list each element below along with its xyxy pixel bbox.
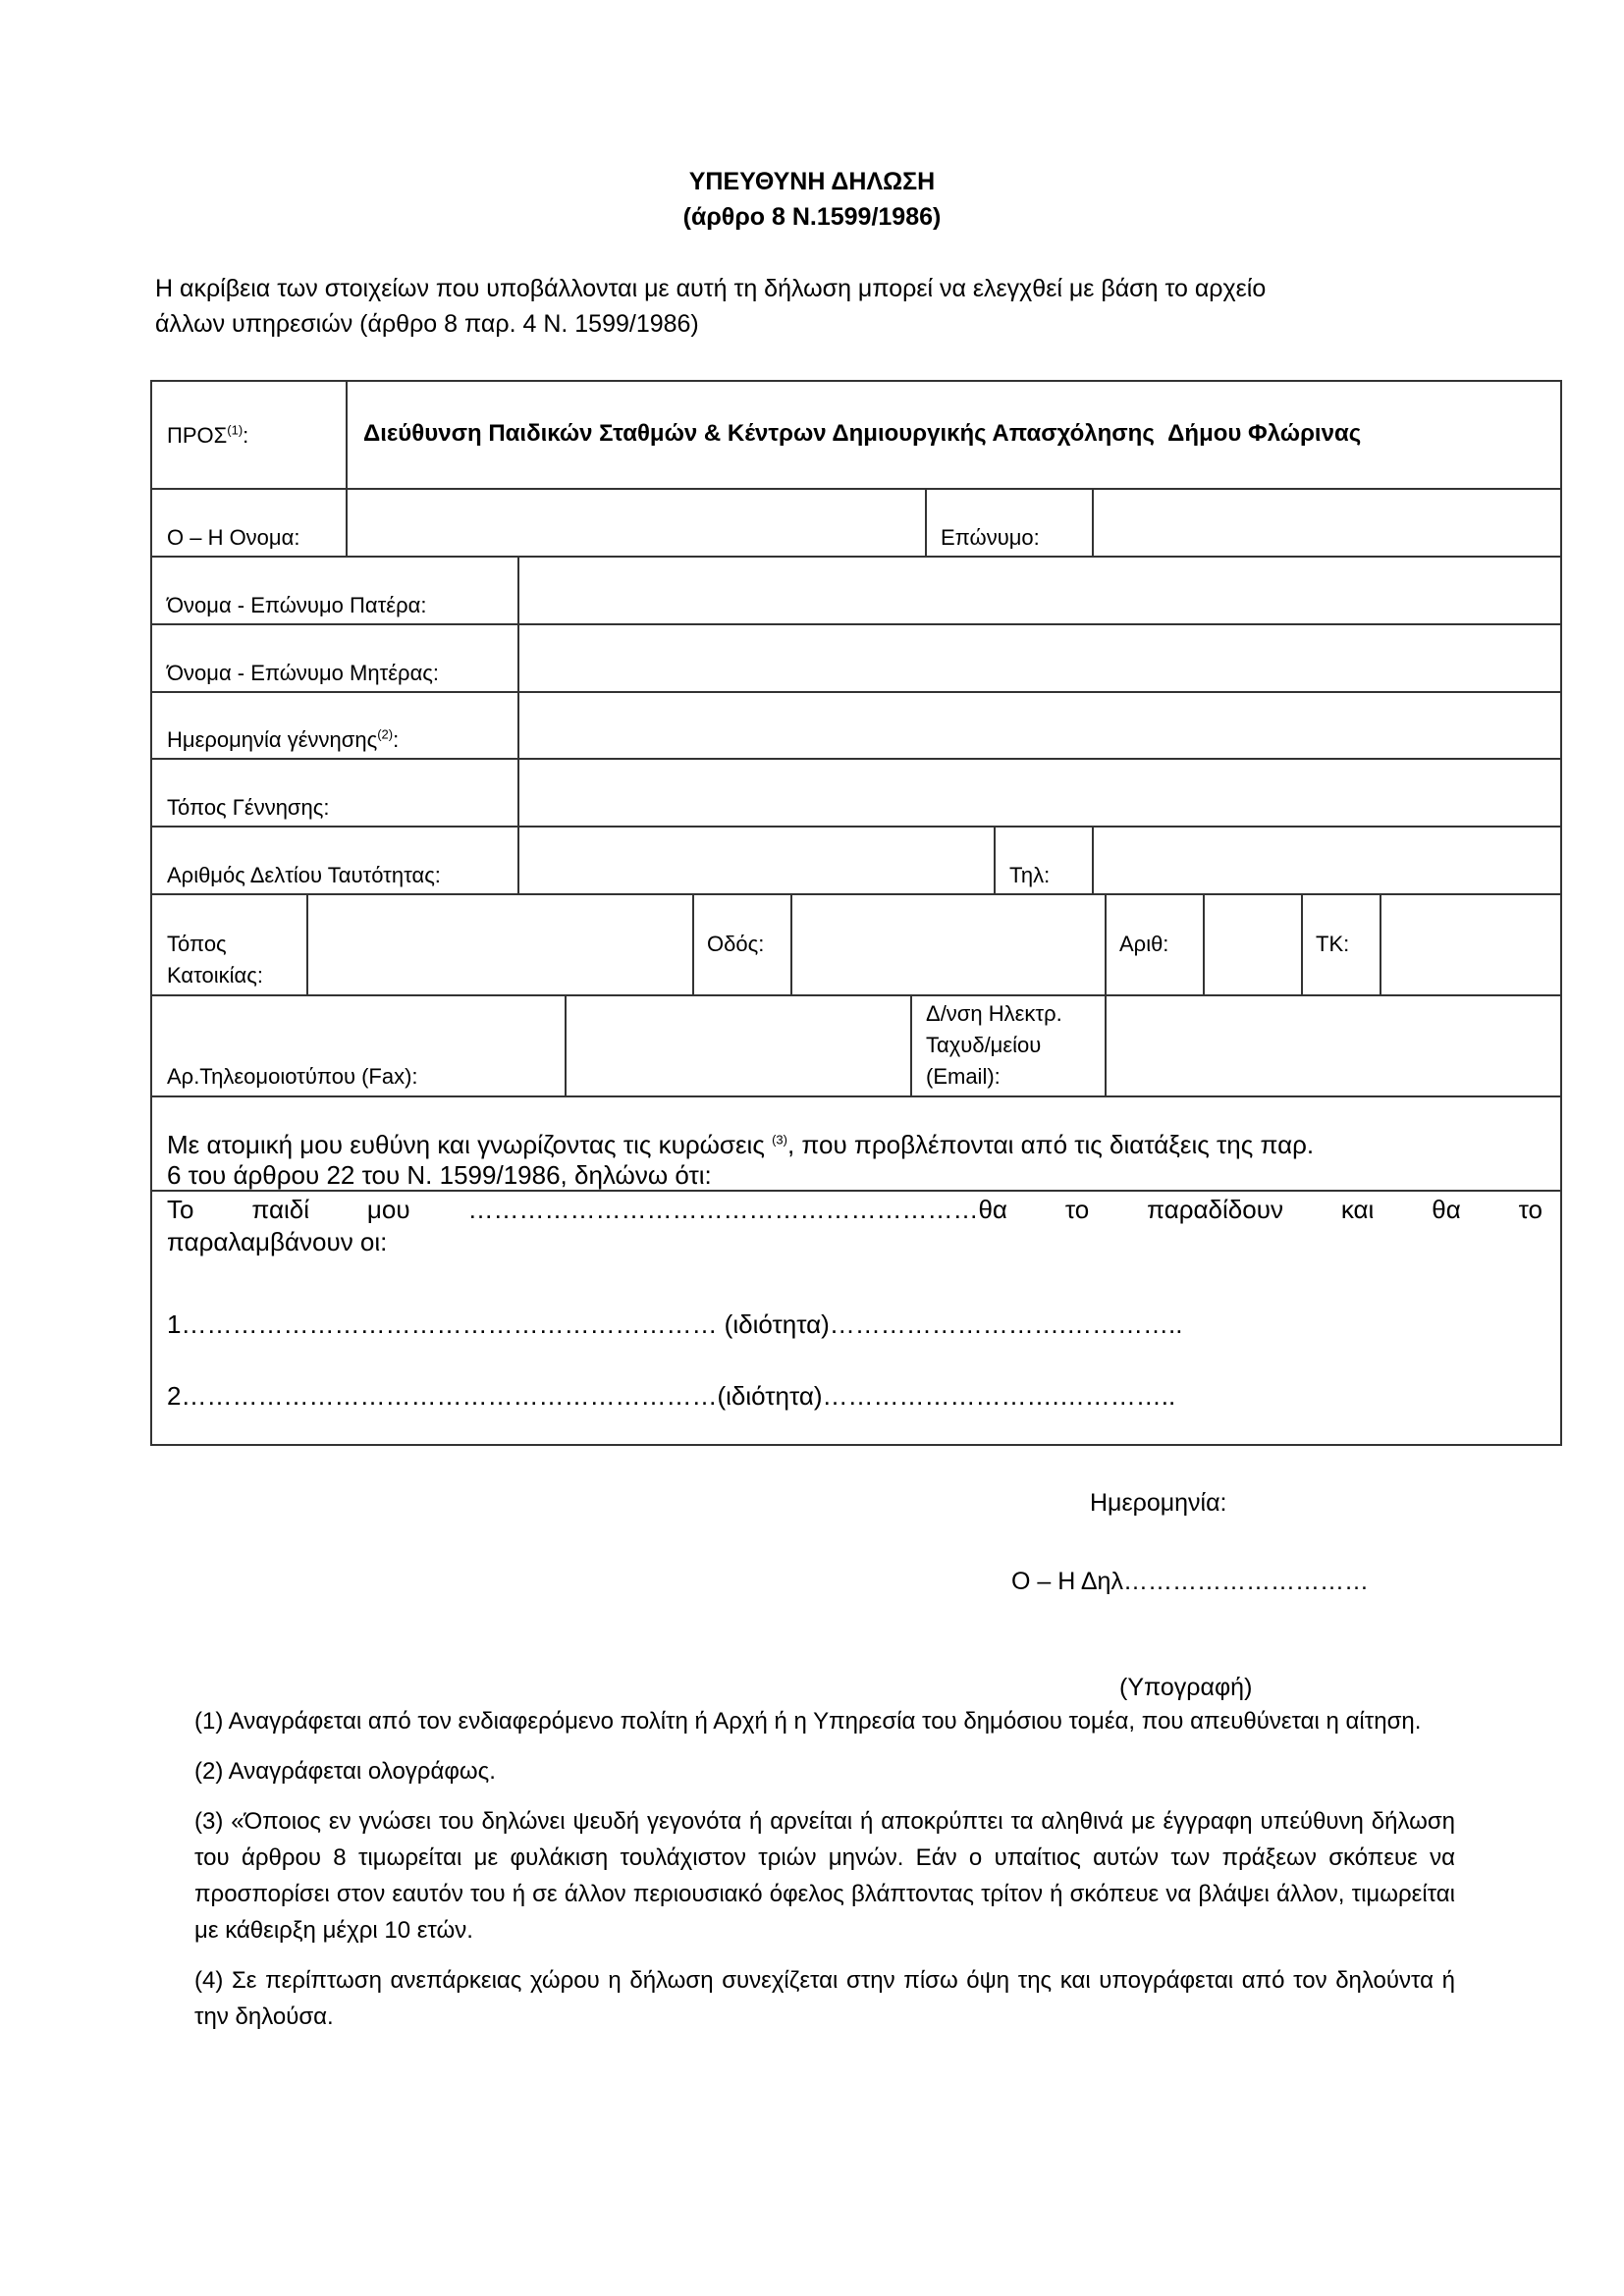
row-divider [152,691,1560,693]
first-name-field[interactable] [350,492,925,555]
row-divider [152,994,1560,996]
email-label-line-3: (Email): [926,1062,1001,1092]
first-name-label: Ο – Η Ονομα: [167,523,299,553]
email-label-line-2: Ταχυδ/μείου [926,1031,1041,1060]
date-label: Ημερομηνία: [1090,1487,1227,1519]
declarant-line[interactable]: Ο – Η Δηλ………………………… [1011,1566,1369,1597]
street-number-label: Αριθ: [1119,930,1168,959]
phone-field[interactable] [1096,829,1561,892]
row-divider [152,488,1560,490]
col-divider [1203,893,1205,995]
residence-label-line-2: Κατοικίας: [167,961,263,990]
residence-label-line-1: Τόπος [167,930,227,959]
id-number-field[interactable] [521,829,994,892]
surname-label: Επώνυμο: [941,523,1040,553]
id-number-label: Αριθμός Δελτίου Ταυτότητας: [167,861,441,890]
row-divider [152,556,1560,558]
row-divider [152,893,1560,895]
phone-label: Τηλ: [1009,861,1050,890]
row-divider [152,758,1560,760]
col-divider [1301,893,1303,995]
col-divider [1380,893,1381,995]
birthplace-label: Τόπος Γέννησης: [167,793,329,823]
col-divider [346,488,348,557]
postcode-label: ΤΚ: [1316,930,1349,959]
birthplace-field[interactable] [521,762,1561,825]
mother-name-field[interactable] [521,627,1561,690]
email-label-line-1: Δ/νση Ηλεκτρ. [926,999,1062,1029]
child-statement-line-2: παραλαμβάνουν οι: [167,1225,1543,1258]
declaration-statement-line-2: 6 του άρθρου 22 του Ν. 1599/1986, δηλώνω… [167,1158,1543,1192]
col-divider [994,826,996,894]
document-subtitle: (άρθρο 8 Ν.1599/1986) [0,200,1624,234]
col-divider [910,994,912,1096]
col-divider [1105,994,1107,1096]
street-label: Οδός: [707,930,764,959]
to-recipient-main: Διεύθυνση Παιδικών Σταθμών & Κέντρων Δημ… [363,420,1155,447]
fax-label: Αρ.Τηλεομοιοτύπου (Fax): [167,1062,418,1092]
birthdate-field[interactable] [521,695,1561,758]
to-recipient: Διεύθυνση Παιδικών Σταθμών & Κέντρων Δημ… [363,419,1361,449]
footnotes: (1) Αναγράφεται από τον ενδιαφερόμενο πο… [194,1703,1455,2049]
col-divider [306,893,308,995]
child-statement-line-1[interactable]: Το παιδί μου ……………………………………………………θα το π… [167,1193,1543,1226]
row-divider [152,623,1560,625]
footnote-3: (3) «Όποιος εν γνώσει του δηλώνει ψευδή … [194,1803,1455,1949]
authorized-person-1[interactable]: 1……………………………………………………… (ιδιότητα)…………………… [167,1308,1543,1341]
col-divider [1092,826,1094,894]
authorized-person-2[interactable]: 2………………………………………………………(ιδιότητα)……………………… [167,1379,1543,1413]
birthdate-label: Ημερομηνία γέννησης(2): [167,725,399,755]
footnote-2: (2) Αναγράφεται ολογράφως. [194,1753,1455,1789]
col-divider [692,893,694,995]
footnote-4: (4) Σε περίπτωση ανεπάρκειας χώρου η δήλ… [194,1962,1455,2035]
street-number-field[interactable] [1207,897,1301,993]
declaration-form-table: ΠΡΟΣ(1): Διεύθυνση Παιδικών Σταθμών & Κέ… [150,380,1562,1446]
postcode-field[interactable] [1383,897,1560,993]
row-divider [152,1095,1560,1097]
col-divider [565,994,567,1096]
signature-label: (Υπογραφή) [1119,1672,1252,1703]
col-divider [517,556,519,894]
fax-field[interactable] [568,998,910,1095]
footnote-1: (1) Αναγράφεται από τον ενδιαφερόμενο πο… [194,1703,1455,1739]
mother-name-label: Όνομα - Επώνυμο Μητέρας: [167,659,439,688]
document-title: ΥΠΕΥΘΥΝΗ ΔΗΛΩΣΗ [0,165,1624,198]
col-divider [1092,488,1094,557]
col-divider [925,488,927,557]
residence-field[interactable] [310,897,692,993]
col-divider [790,893,792,995]
father-name-label: Όνομα - Επώνυμο Πατέρα: [167,591,426,620]
col-divider [1105,893,1107,995]
father-name-field[interactable] [521,560,1561,622]
to-recipient-municipality: Δήμου Φλώρινας [1167,420,1361,447]
surname-field[interactable] [1096,492,1561,555]
row-divider [152,826,1560,828]
declaration-statement-line-1: Με ατομική μου ευθύνη και γνωρίζοντας τι… [167,1128,1543,1161]
email-field[interactable] [1109,998,1561,1095]
intro-line-1: Η ακρίβεια των στοιχείων που υποβάλλοντα… [155,272,1510,305]
street-field[interactable] [794,897,1105,993]
col-divider [346,382,348,490]
intro-line-2: άλλων υπηρεσιών (άρθρο 8 παρ. 4 Ν. 1599/… [155,307,1510,341]
to-label: ΠΡΟΣ(1): [167,421,248,451]
